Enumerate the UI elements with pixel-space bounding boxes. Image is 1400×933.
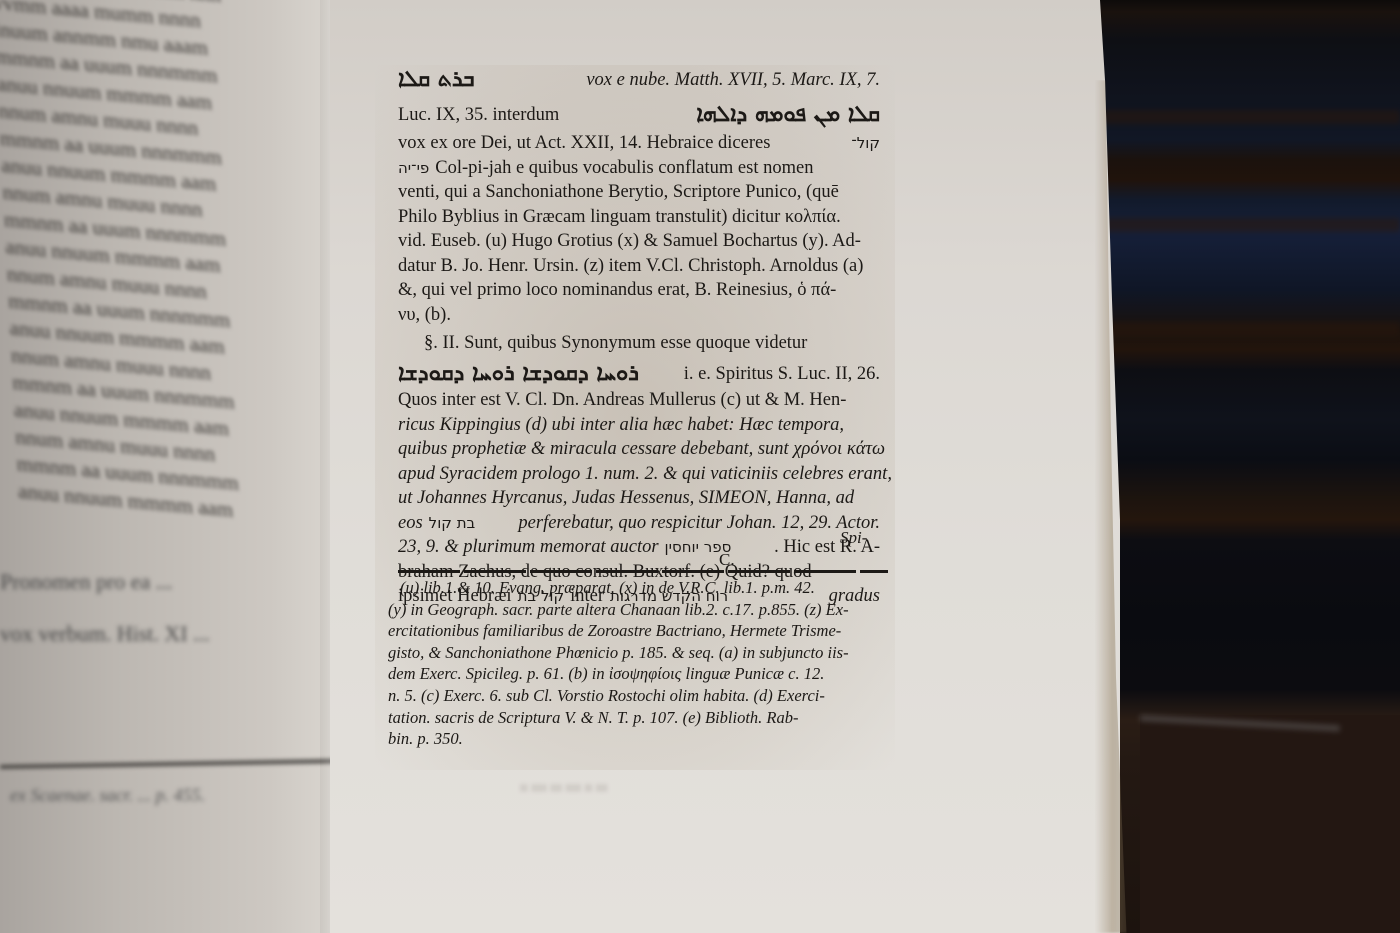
shelf-board: [1100, 322, 1400, 336]
footnote-rule: [398, 570, 888, 573]
text-line: vid. Euseb. (u) Hugo Grotius (x) & Samue…: [398, 229, 880, 254]
wooden-table: [1140, 715, 1400, 933]
text-line: ܒܪܬ ܩܠܐ vox e nube. Matth. XVII, 5. Marc…: [398, 68, 880, 93]
footnotes: (u) lib.1.& 10. Evang. præparat. (x) in …: [388, 577, 888, 750]
text-line: νυ, (b).: [398, 303, 880, 328]
text-line: Philo Byblius in Græcam linguam transtul…: [398, 205, 880, 230]
footnote-line: tation. sacris de Scriptura V. & N. T. p…: [388, 707, 888, 729]
signature-mark: C.: [719, 550, 735, 570]
text-line: &, qui vel primo loco nominandus erat, B…: [398, 278, 880, 303]
text-line: ܪܘܚܐ ܕܩܘܕܫܐ ܪܘܚܐ ܕܩܘܕܫܐ i. e. Spiritus S…: [398, 362, 880, 387]
left-page-footnote-rule: [0, 759, 335, 769]
text-line: eos בת קול perferebatur, quo respicitur …: [398, 511, 880, 536]
footnote-line: ercitationibus familiaribus de Zoroastre…: [388, 620, 888, 642]
footnote-line: n. 5. (c) Exerc. 6. sub Cl. Vorstio Rost…: [388, 685, 888, 707]
text-line: Luc. IX, 35. interdum ܩܠܐ ܡܢ ܦܘܡܗ ܕܐܠܗܐ: [398, 103, 880, 128]
text-line: פי־יה Col-pi-jah e quibus vocabulis conf…: [398, 156, 880, 181]
footnote-line: (y) in Geograph. sacr. parte altera Chan…: [388, 599, 888, 621]
hebrew-word: פי־יה: [398, 156, 429, 181]
text-line: ut Johannes Hyrcanus, Judas Hessenus, SI…: [398, 486, 880, 511]
text-line: venti, qui a Sanchoniathone Berytio, Scr…: [398, 180, 880, 205]
text-line: apud Syracidem prologo 1. num. 2. & qui …: [398, 462, 880, 487]
shelf-board: [1100, 110, 1400, 124]
hebrew-word: קול־: [851, 131, 880, 156]
footnote-line: dem Exerc. Spicileg. p. 61. (b) in ἰσοψη…: [388, 663, 888, 685]
footnote-line: (u) lib.1.& 10. Evang. præparat. (x) in …: [388, 577, 888, 599]
text-line: ricus Kippingius (d) ubi inter alia hæc …: [398, 413, 880, 438]
left-page-lower-text: Pronomen pro ea ... vox verbum. Hist. XI…: [0, 565, 340, 651]
syriac-phrase: ܩܠܐ ܡܢ ܦܘܡܗ ܕܐܠܗܐ: [565, 103, 880, 128]
hebrew-phrase: בת קול: [429, 511, 476, 536]
section-heading-line: §. II. Sunt, quibus Synonymum esse quoqu…: [398, 331, 880, 356]
text-line: 23, 9. & plurimum memorat auctor ספר יוח…: [398, 535, 880, 560]
main-text: ܒܪܬ ܩܠܐ vox e nube. Matth. XVII, 5. Marc…: [398, 68, 880, 609]
bleed-through-text: ıı ıııı ııı ıııı ıı ııı: [520, 780, 720, 796]
text-line: datur B. Jo. Henr. Ursin. (z) item V.Cl.…: [398, 254, 880, 279]
catchword: Spi-: [840, 528, 867, 548]
footnote-line: gisto, & Sanchoniathone Phœnicio p. 185.…: [388, 642, 888, 664]
syriac-word: ܒܪܬ ܩܠܐ: [398, 68, 475, 93]
text-line: vox ex ore Dei, ut Act. XXII, 14. Hebrai…: [398, 131, 880, 156]
shelf-board: [1100, 218, 1400, 232]
syriac-phrase: ܪܘܚܐ ܕܩܘܕܫܐ ܪܘܚܐ ܕܩܘܕܫܐ: [398, 362, 639, 387]
text-line: Quos inter est V. Cl. Dn. Andreas Muller…: [398, 388, 880, 413]
text-line: quibus prophetiæ & miracula cessare debe…: [398, 437, 880, 462]
footnote-line: bin. p. 350.: [388, 728, 888, 750]
left-page-footnote: ex Scaenae. sacr. ... p. 455.: [10, 785, 340, 806]
